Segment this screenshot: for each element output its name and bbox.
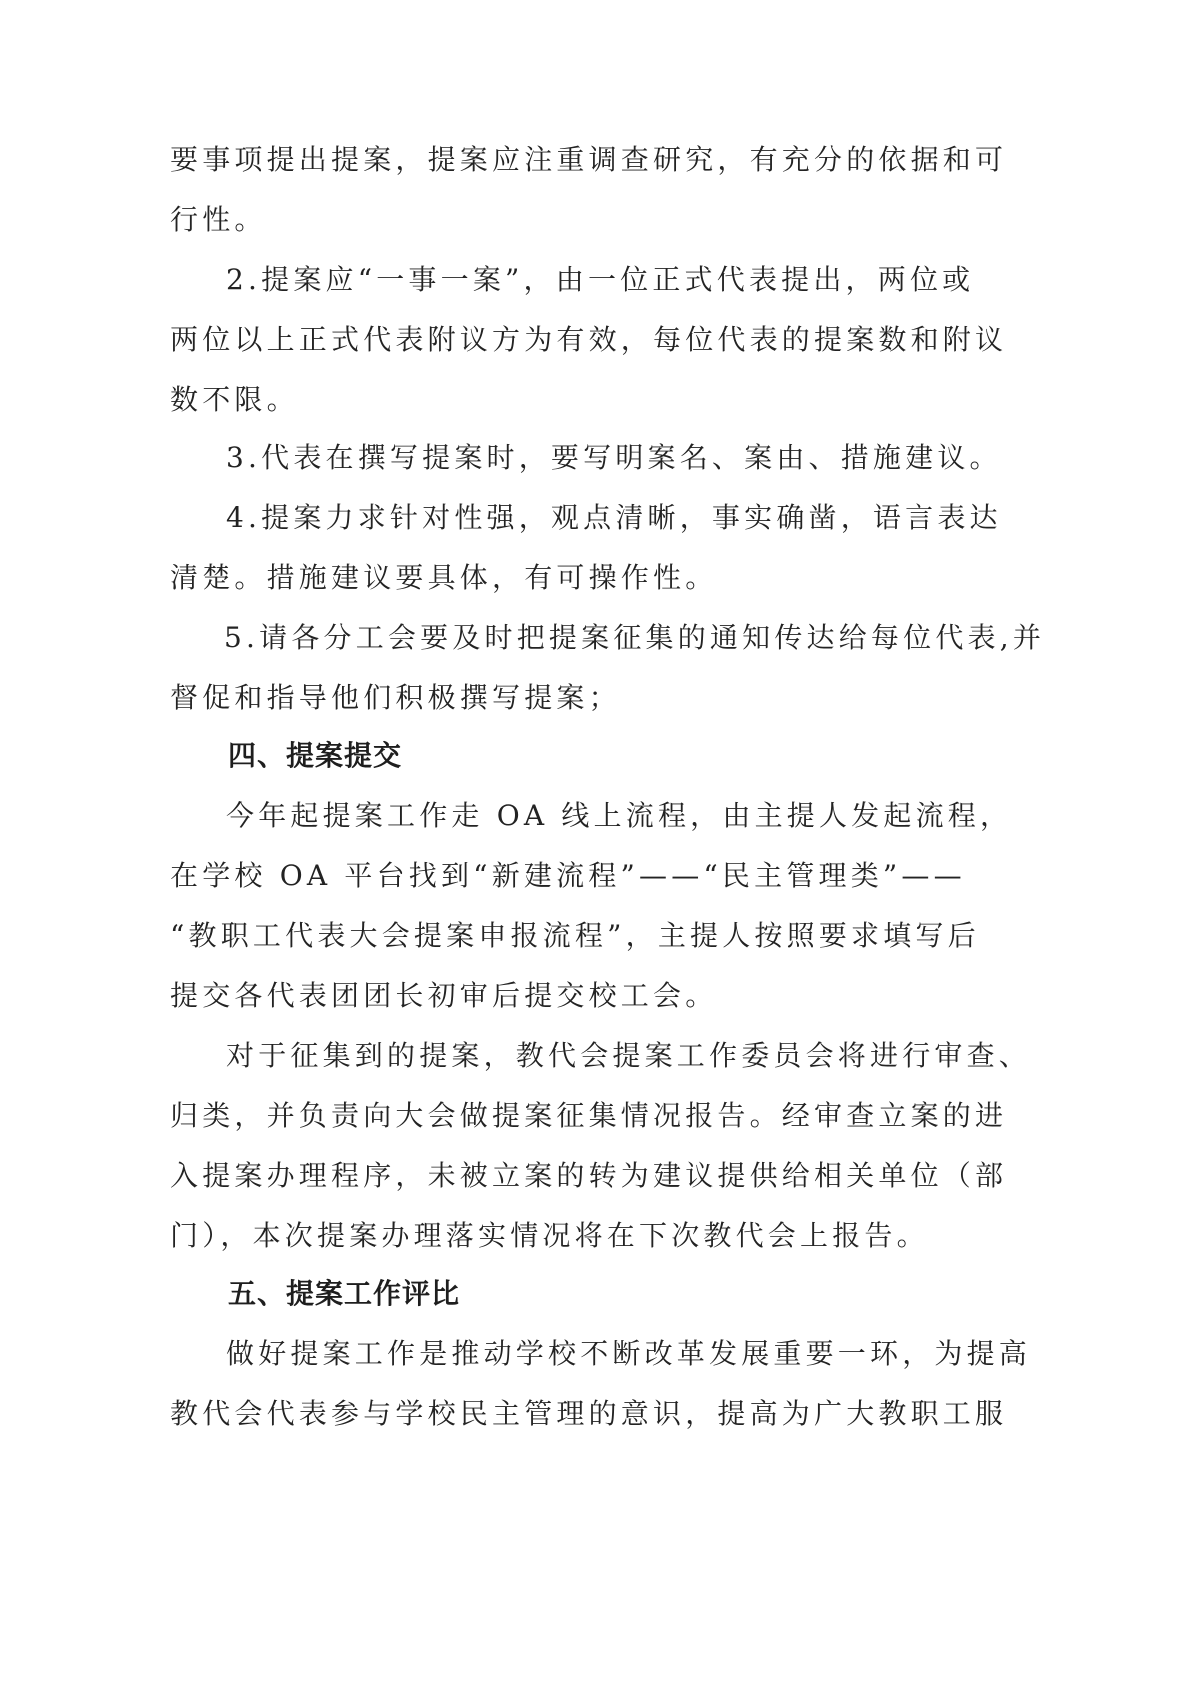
paragraph-line: 2.提案应“一事一案”，由一位正式代表提出，两位或 bbox=[226, 262, 974, 298]
paragraph-line: 今年起提案工作走 OA 线上流程，由主提人发起流程， bbox=[226, 798, 1012, 834]
paragraph-line: 行性。 bbox=[170, 202, 267, 238]
paragraph-line: 在学校 OA 平台找到“新建流程”——“民主管理类”—— bbox=[170, 858, 966, 894]
section-heading-submission: 四、提案提交 bbox=[228, 738, 402, 774]
paragraph-line: 3.代表在撰写提案时，要写明案名、案由、措施建议。 bbox=[226, 440, 1002, 476]
paragraph-line: 两位以上正式代表附议方为有效，每位代表的提案数和附议 bbox=[170, 322, 1007, 358]
paragraph-line: 4.提案力求针对性强，观点清晰，事实确凿，语言表达 bbox=[226, 500, 1002, 536]
paragraph-line: 做好提案工作是推动学校不断改革发展重要一环，为提高 bbox=[226, 1336, 1031, 1372]
paragraph-line: 教代会代表参与学校民主管理的意识，提高为广大教职工服 bbox=[170, 1396, 1007, 1432]
section-heading-evaluation: 五、提案工作评比 bbox=[228, 1276, 460, 1312]
paragraph-line: 入提案办理程序，未被立案的转为建议提供给相关单位（部 bbox=[170, 1158, 1007, 1194]
paragraph-line: 对于征集到的提案，教代会提案工作委员会将进行审查、 bbox=[226, 1038, 1031, 1074]
paragraph-line: “教职工代表大会提案申报流程”，主提人按照要求填写后 bbox=[170, 918, 980, 954]
paragraph-line: 门），本次提案办理落实情况将在下次教代会上报告。 bbox=[170, 1218, 929, 1254]
paragraph-line: 清楚。措施建议要具体，有可操作性。 bbox=[170, 560, 717, 596]
document-page: 要事项提出提案，提案应注重调查研究，有充分的依据和可 行性。 2.提案应“一事一… bbox=[0, 0, 1191, 1684]
paragraph-line: 数不限。 bbox=[170, 382, 299, 418]
paragraph-line: 督促和指导他们积极撰写提案； bbox=[170, 680, 621, 716]
paragraph-line: 要事项提出提案，提案应注重调查研究，有充分的依据和可 bbox=[170, 142, 1007, 178]
paragraph-line: 归类，并负责向大会做提案征集情况报告。经审查立案的进 bbox=[170, 1098, 1007, 1134]
paragraph-line: 提交各代表团团长初审后提交校工会。 bbox=[170, 978, 717, 1014]
paragraph-line: 5.请各分工会要及时把提案征集的通知传达给每位代表,并 bbox=[224, 620, 1045, 656]
